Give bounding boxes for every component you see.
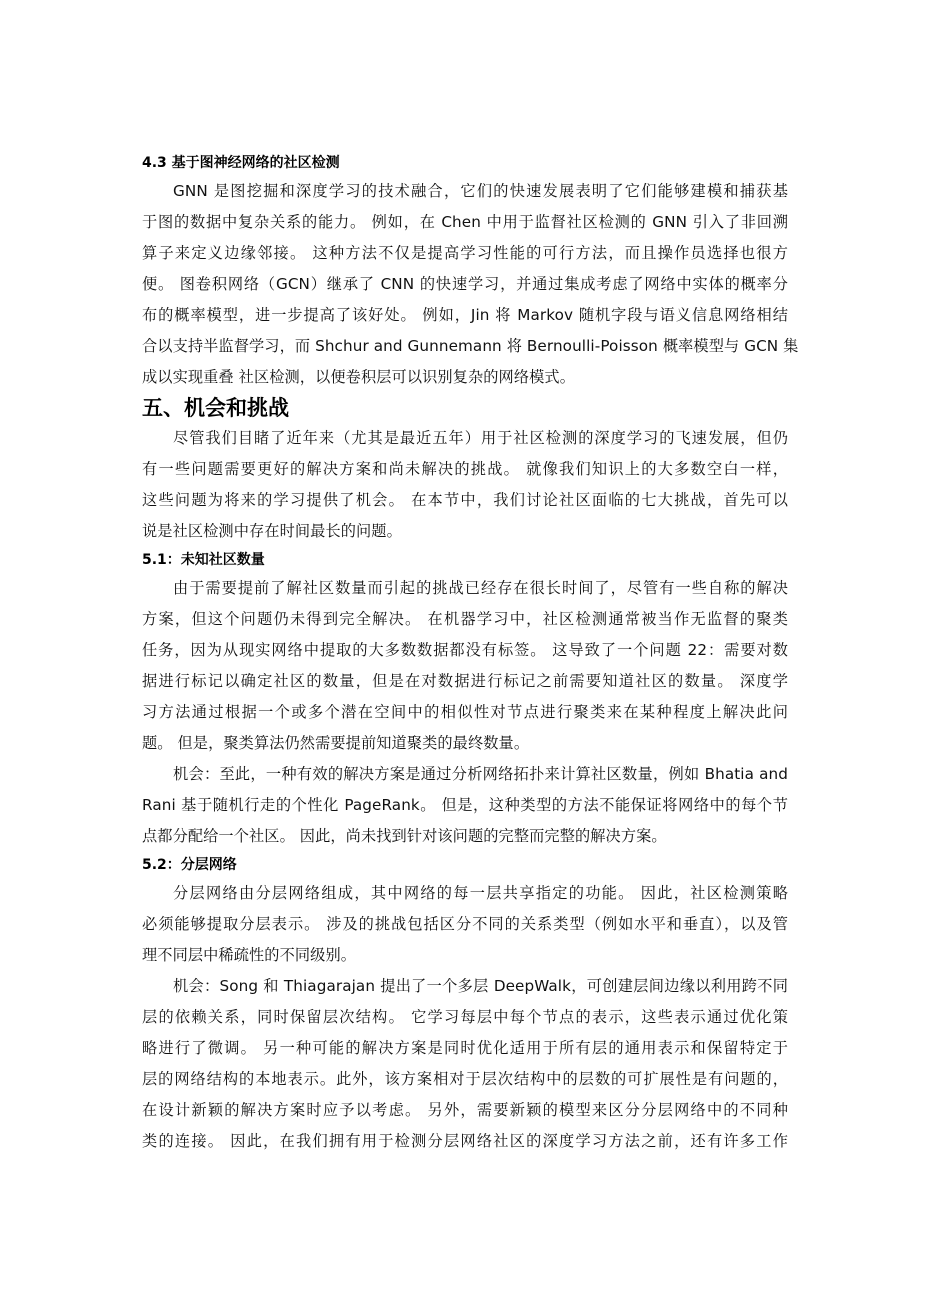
paragraph-unknown-communities: 由于需要提前了解社区数量而引起的挑战已经存在很长时间了，尽管有一些自称的解决 方…	[142, 573, 788, 759]
text-line: 理不同层中稀疏性的不同级别。	[142, 940, 788, 971]
text-line: 尽管我们目睹了近年来（尤其是最近五年）用于社区检测的深度学习的飞速发展，但仍	[142, 423, 788, 454]
text-line: Rani 基于随机行走的个性化 PageRank。 但是，这种类型的方法不能保证…	[142, 790, 788, 821]
chapter-heading-5: 五、机会和挑战	[142, 393, 788, 423]
text-line: 据进行标记以确定社区的数量，但是在对数据进行标记之前需要知道社区的数量。 深度学	[142, 666, 788, 697]
text-line: 层的依赖关系，同时保留层次结构。 它学习每层中每个节点的表示，这些表示通过优化策	[142, 1002, 788, 1033]
text-line: 算子来定义边缘邻接。 这种方法不仅是提高学习性能的可行方法，而且操作员选择也很方	[142, 238, 788, 269]
text-line: 机会：Song 和 Thiagarajan 提出了一个多层 DeepWalk，可…	[142, 971, 788, 1002]
text-line: 合以支持半监督学习，而 Shchur and Gunnemann 将 Berno…	[142, 331, 788, 362]
text-line: 机会：至此，一种有效的解决方案是通过分析网络拓扑来计算社区数量，例如 Bhati…	[142, 759, 788, 790]
text-line: 有一些问题需要更好的解决方案和尚未解决的挑战。 就像我们知识上的大多数空白一样，	[142, 454, 788, 485]
paragraph-intro: 尽管我们目睹了近年来（尤其是最近五年）用于社区检测的深度学习的飞速发展，但仍 有…	[142, 423, 788, 547]
text-line: GNN 是图挖掘和深度学习的技术融合，它们的快速发展表明了它们能够建模和捕获基	[142, 176, 788, 207]
text-line: 成以实现重叠 社区检测，以便卷积层可以识别复杂的网络模式。	[142, 362, 788, 393]
paragraph-opportunity-5-2: 机会：Song 和 Thiagarajan 提出了一个多层 DeepWalk，可…	[142, 971, 788, 1157]
text-line: 必须能够提取分层表示。 涉及的挑战包括区分不同的关系类型（例如水平和垂直），以及…	[142, 909, 788, 940]
section-heading-5-1: 5.1：未知社区数量	[142, 547, 788, 573]
text-line: 题。 但是，聚类算法仍然需要提前知道聚类的最终数量。	[142, 728, 788, 759]
text-line: 便。 图卷积网络（GCN）继承了 CNN 的快速学习，并通过集成考虑了网络中实体…	[142, 269, 788, 300]
document-page: 4.3 基于图神经网络的社区检测 GNN 是图挖掘和深度学习的技术融合，它们的快…	[142, 150, 788, 1157]
text-line: 任务，因为从现实网络中提取的大多数数据都没有标签。 这导致了一个问题 22：需要…	[142, 635, 788, 666]
text-line: 这些问题为将来的学习提供了机会。 在本节中，我们讨论社区面临的七大挑战，首先可以	[142, 485, 788, 516]
text-line: 于图的数据中复杂关系的能力。 例如，在 Chen 中用于监督社区检测的 GNN …	[142, 207, 788, 238]
paragraph-gnn: GNN 是图挖掘和深度学习的技术融合，它们的快速发展表明了它们能够建模和捕获基 …	[142, 176, 788, 393]
text-line: 由于需要提前了解社区数量而引起的挑战已经存在很长时间了，尽管有一些自称的解决	[142, 573, 788, 604]
text-line: 说是社区检测中存在时间最长的问题。	[142, 516, 788, 547]
text-line: 层的网络结构的本地表示。此外，该方案相对于层次结构中的层数的可扩展性是有问题的，	[142, 1064, 788, 1095]
text-line: 分层网络由分层网络组成，其中网络的每一层共享指定的功能。 因此，社区检测策略	[142, 878, 788, 909]
section-heading-5-2: 5.2：分层网络	[142, 852, 788, 878]
section-heading-4-3: 4.3 基于图神经网络的社区检测	[142, 150, 788, 176]
paragraph-opportunity-5-1: 机会：至此，一种有效的解决方案是通过分析网络拓扑来计算社区数量，例如 Bhati…	[142, 759, 788, 852]
text-line: 点都分配给一个社区。 因此，尚未找到针对该问题的完整而完整的解决方案。	[142, 821, 788, 852]
text-line: 方案，但这个问题仍未得到完全解决。 在机器学习中，社区检测通常被当作无监督的聚类	[142, 604, 788, 635]
text-line: 布的概率模型，进一步提高了该好处。 例如，Jin 将 Markov 随机字段与语…	[142, 300, 788, 331]
text-line: 在设计新颖的解决方案时应予以考虑。 另外，需要新颖的模型来区分分层网络中的不同种	[142, 1095, 788, 1126]
text-line: 习方法通过根据一个或多个潜在空间中的相似性对节点进行聚类来在某种程度上解决此问	[142, 697, 788, 728]
text-line: 类的连接。 因此，在我们拥有用于检测分层网络社区的深度学习方法之前，还有许多工作	[142, 1126, 788, 1157]
paragraph-hierarchical-networks: 分层网络由分层网络组成，其中网络的每一层共享指定的功能。 因此，社区检测策略 必…	[142, 878, 788, 971]
text-line: 略进行了微调。 另一种可能的解决方案是同时优化适用于所有层的通用表示和保留特定于	[142, 1033, 788, 1064]
